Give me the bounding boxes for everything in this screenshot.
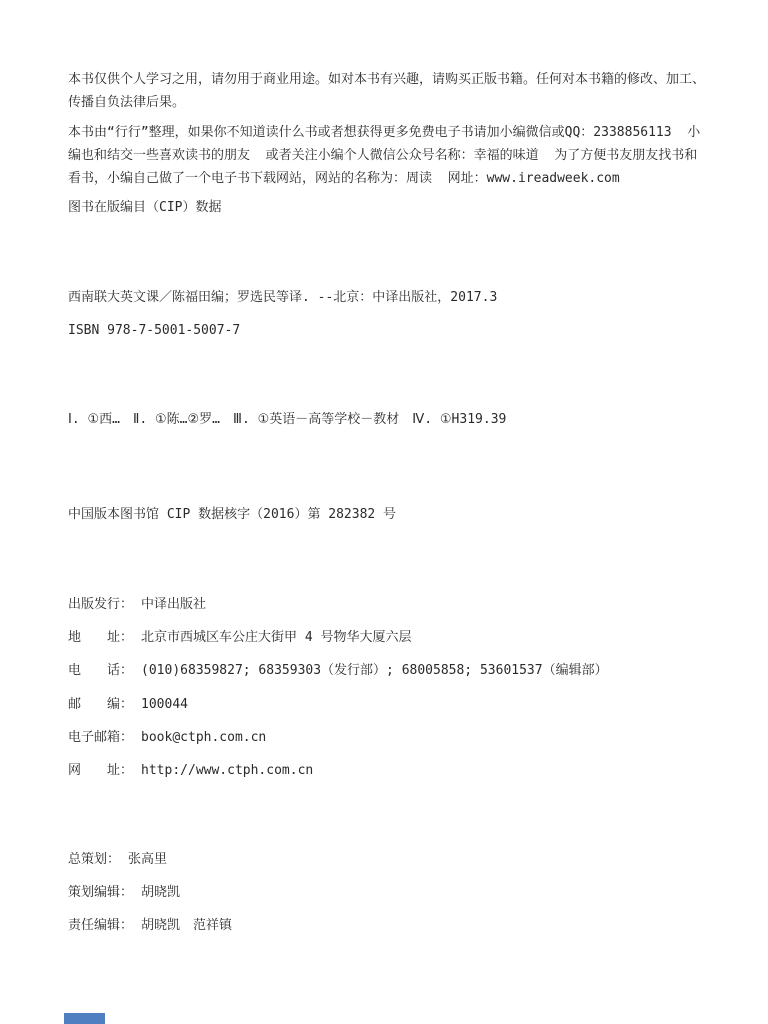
email-row: 电子邮箱： book@ctph.com.cn xyxy=(68,726,710,750)
address-label: 地 址 xyxy=(68,626,120,650)
label-colon: ： xyxy=(120,759,133,783)
website-label: 网 址 xyxy=(68,759,120,783)
label-colon: ： xyxy=(120,593,133,617)
responsible-editor-label: 责任编辑 xyxy=(68,914,120,938)
book-title-line: 西南联大英文课／陈福田编；罗选民等译. --北京：中译出版社，2017.3 xyxy=(68,286,710,309)
classification-line: Ⅰ. ①西… Ⅱ. ①陈…②罗… Ⅲ. ①英语－高等学校－教材 Ⅳ. ①H319… xyxy=(68,408,710,431)
chief-planner-row: 总策划： 张高里 xyxy=(68,848,710,872)
website-row: 网 址： http://www.ctph.com.cn xyxy=(68,759,710,783)
disclaimer-text: 本书仅供个人学习之用，请勿用于商业用途。如对本书有兴趣，请购买正版书籍。任何对本… xyxy=(68,68,710,114)
cip-heading: 图书在版编目（CIP）数据 xyxy=(68,196,710,219)
label-colon: ： xyxy=(120,693,133,717)
cip-number-line: 中国版本图书馆 CIP 数据核字（2016）第 282382 号 xyxy=(68,503,710,526)
website-value: http://www.ctph.com.cn xyxy=(141,759,313,783)
isbn-line: ISBN 978-7-5001-5007-7 xyxy=(68,319,710,342)
promo-text: 本书由“行行”整理，如果你不知道读什么书或者想获得更多免费电子书请加小编微信或Q… xyxy=(68,121,710,190)
publisher-label: 出版发行 xyxy=(68,593,120,617)
postcode-value: 100044 xyxy=(141,693,188,717)
label-colon: ： xyxy=(107,848,120,872)
book-copyright-page: 本书仅供个人学习之用，请勿用于商业用途。如对本书有兴趣，请购买正版书籍。任何对本… xyxy=(0,0,768,1024)
email-value: book@ctph.com.cn xyxy=(141,726,266,750)
phone-row: 电 话： (010)68359827; 68359303（发行部）; 68005… xyxy=(68,659,710,683)
planning-editor-row: 策划编辑： 胡晓凯 xyxy=(68,881,710,905)
postcode-row: 邮 编： 100044 xyxy=(68,693,710,717)
label-colon: ： xyxy=(120,726,133,750)
chief-planner-value: 张高里 xyxy=(128,848,167,872)
address-row: 地 址： 北京市西城区车公庄大街甲 4 号物华大厦六层 xyxy=(68,626,710,650)
label-colon: ： xyxy=(120,914,133,938)
label-colon: ： xyxy=(120,659,133,683)
responsible-editor-row: 责任编辑： 胡晓凯 范祥镇 xyxy=(68,914,710,938)
phone-value: (010)68359827; 68359303（发行部）; 68005858; … xyxy=(141,659,608,683)
email-label: 电子邮箱 xyxy=(68,726,120,750)
address-value: 北京市西城区车公庄大街甲 4 号物华大厦六层 xyxy=(141,626,411,650)
planning-editor-label: 策划编辑 xyxy=(68,881,120,905)
planning-editor-value: 胡晓凯 xyxy=(141,881,180,905)
chief-planner-label: 总策划 xyxy=(68,848,107,872)
publisher-row: 出版发行： 中译出版社 xyxy=(68,593,710,617)
label-colon: ： xyxy=(120,881,133,905)
postcode-label: 邮 编 xyxy=(68,693,120,717)
next-page-element-peek xyxy=(64,1013,105,1024)
label-colon: ： xyxy=(120,626,133,650)
publisher-value: 中译出版社 xyxy=(141,593,206,617)
phone-label: 电 话 xyxy=(68,659,120,683)
responsible-editor-value: 胡晓凯 范祥镇 xyxy=(141,914,232,938)
